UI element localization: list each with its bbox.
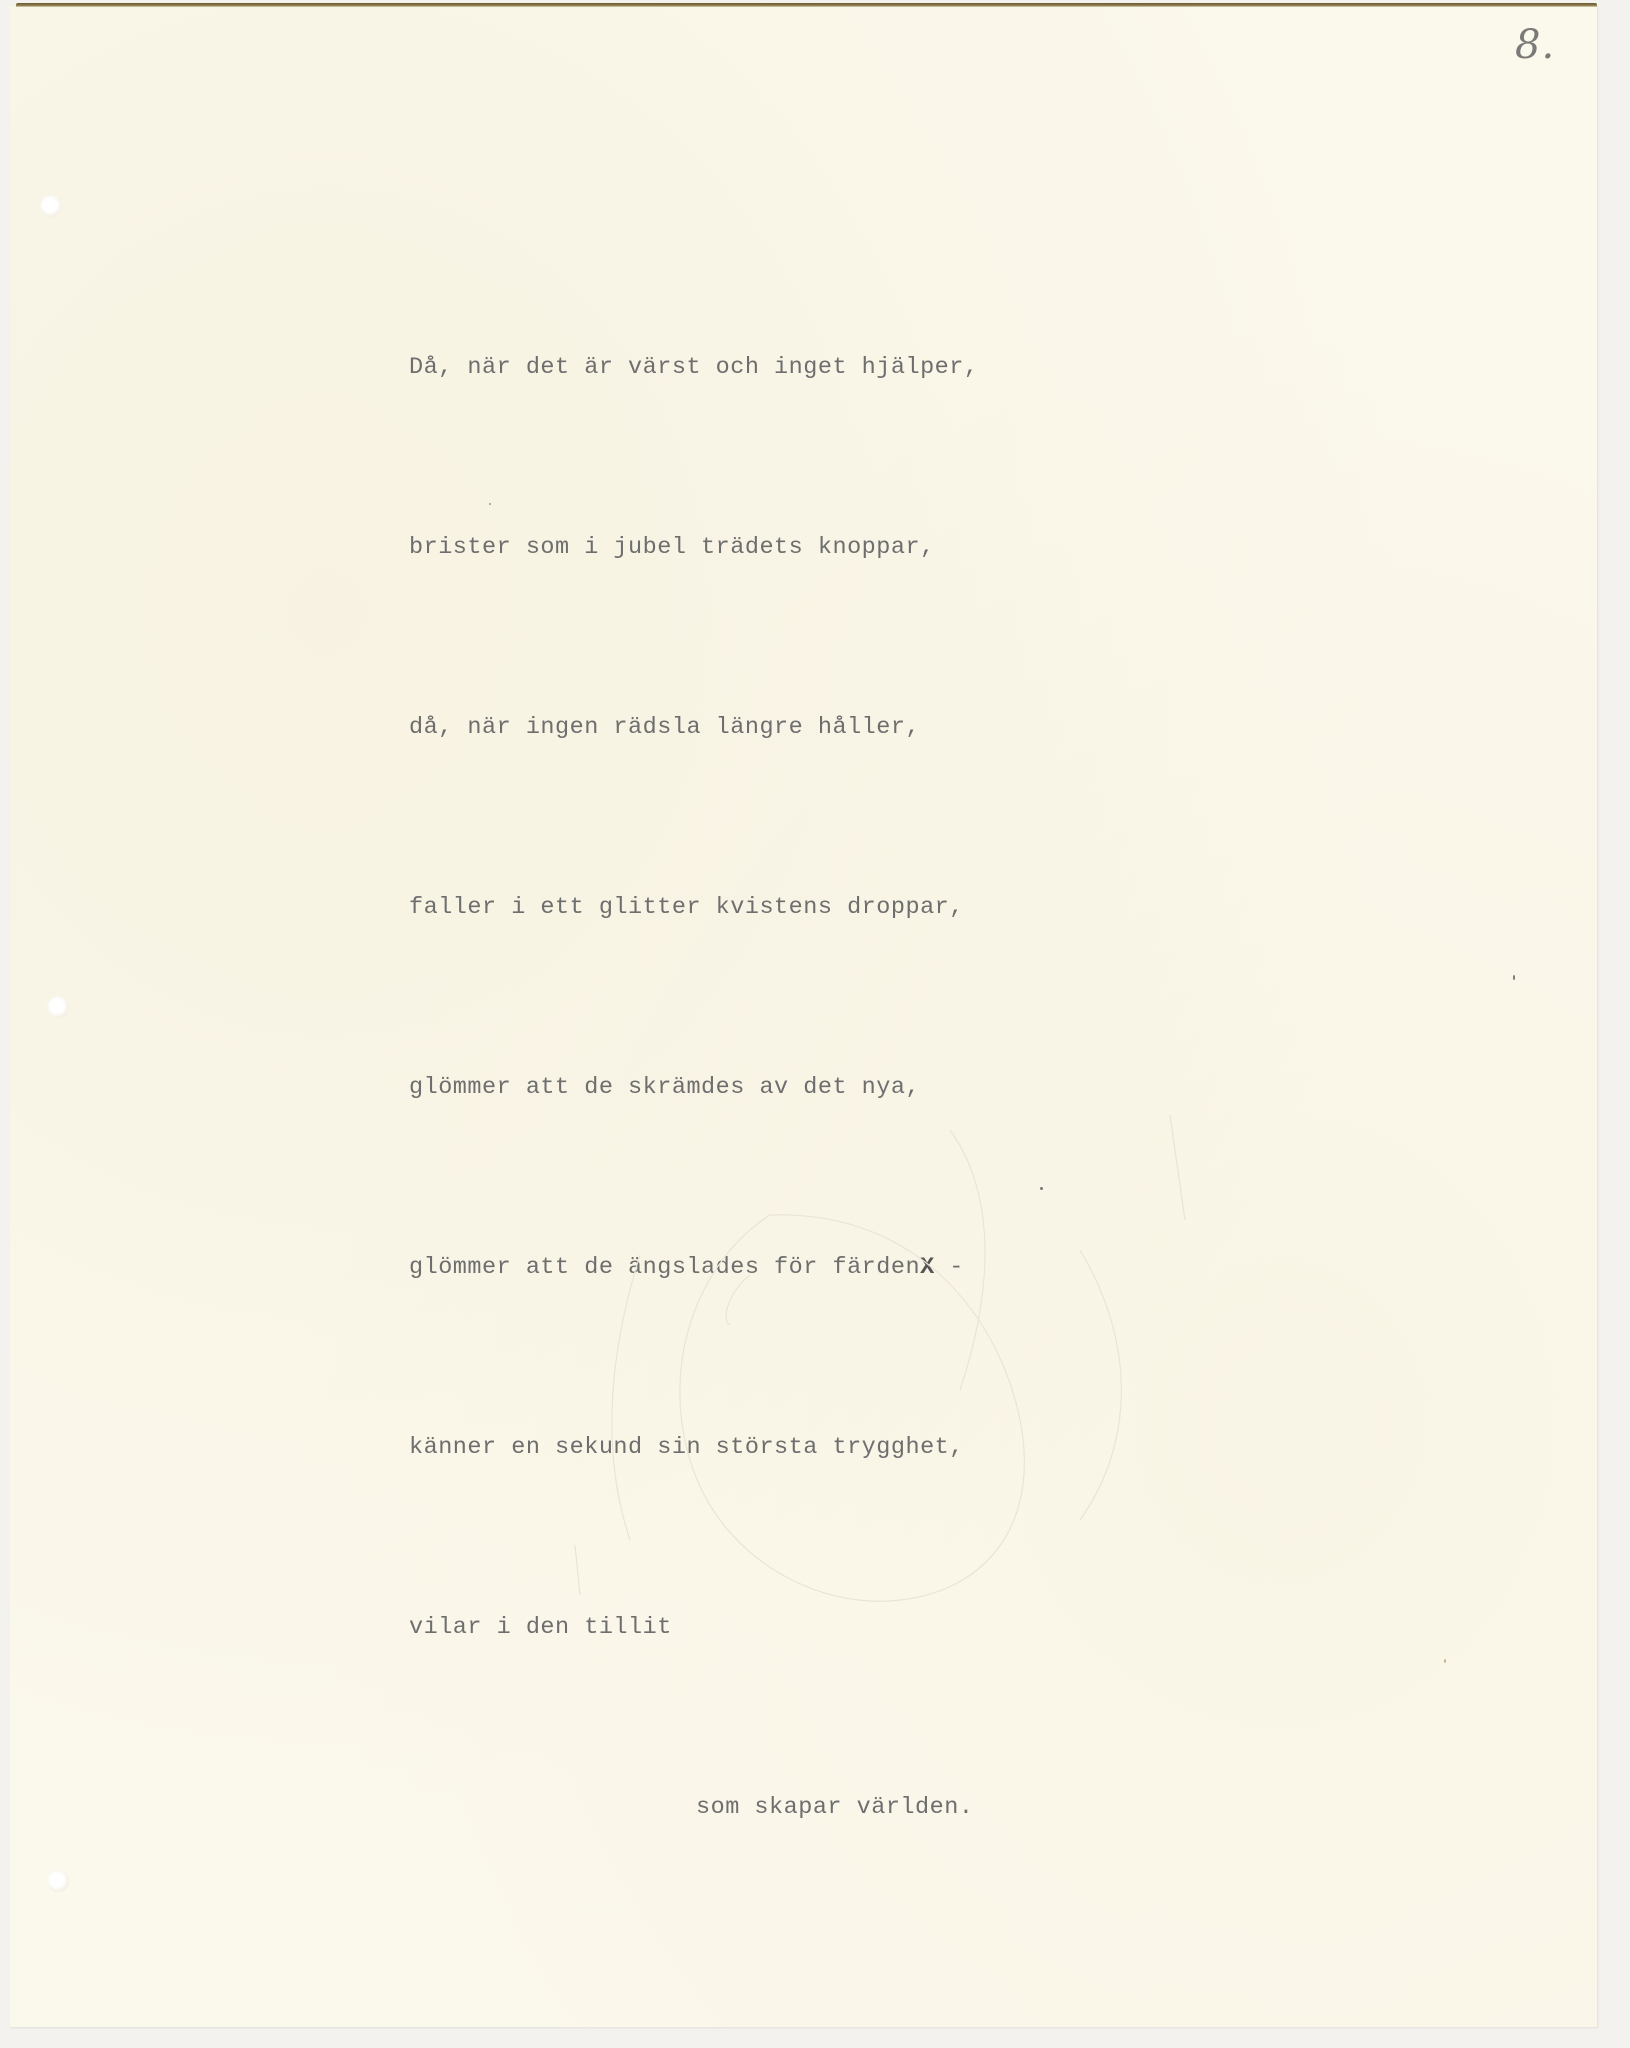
paper-speck (1444, 1659, 1446, 1663)
binder-hole-middle (47, 996, 69, 1018)
poem-line: glömmer att de ängslades för färdenX - (409, 1238, 979, 1298)
poem-line: då, när ingen rädsla längre håller, (409, 698, 979, 758)
struck-correction: X (920, 1254, 935, 1281)
binder-hole-top (40, 195, 62, 217)
paper-speck (489, 503, 491, 505)
poem-line: vilar i den tillit (409, 1598, 979, 1658)
paper-top-edge (16, 3, 1597, 7)
binder-hole-bottom (47, 1870, 69, 1892)
poem-line-text: glömmer att de ängslades för färden (409, 1254, 920, 1281)
poem-line: faller i ett glitter kvistens droppar, (409, 878, 979, 938)
page-number: 8. (1515, 22, 1555, 68)
poem-line-indented: som skapar världen. (409, 1778, 979, 1838)
paper-speck (1040, 1187, 1043, 1190)
poem: Då, när det är värst och inget hjälper, … (409, 218, 979, 1958)
poem-line-suffix: - (935, 1254, 964, 1281)
paper-speck (1513, 975, 1515, 980)
poem-line: brister som i jubel trädets knoppar, (409, 518, 979, 578)
scanned-page: 8. Då, när det är värst och inget hjälpe… (0, 0, 1630, 2048)
poem-line: Då, när det är värst och inget hjälper, (409, 338, 979, 398)
poem-line: glömmer att de skrämdes av det nya, (409, 1058, 979, 1118)
poem-line: känner en sekund sin största trygghet, (409, 1418, 979, 1478)
